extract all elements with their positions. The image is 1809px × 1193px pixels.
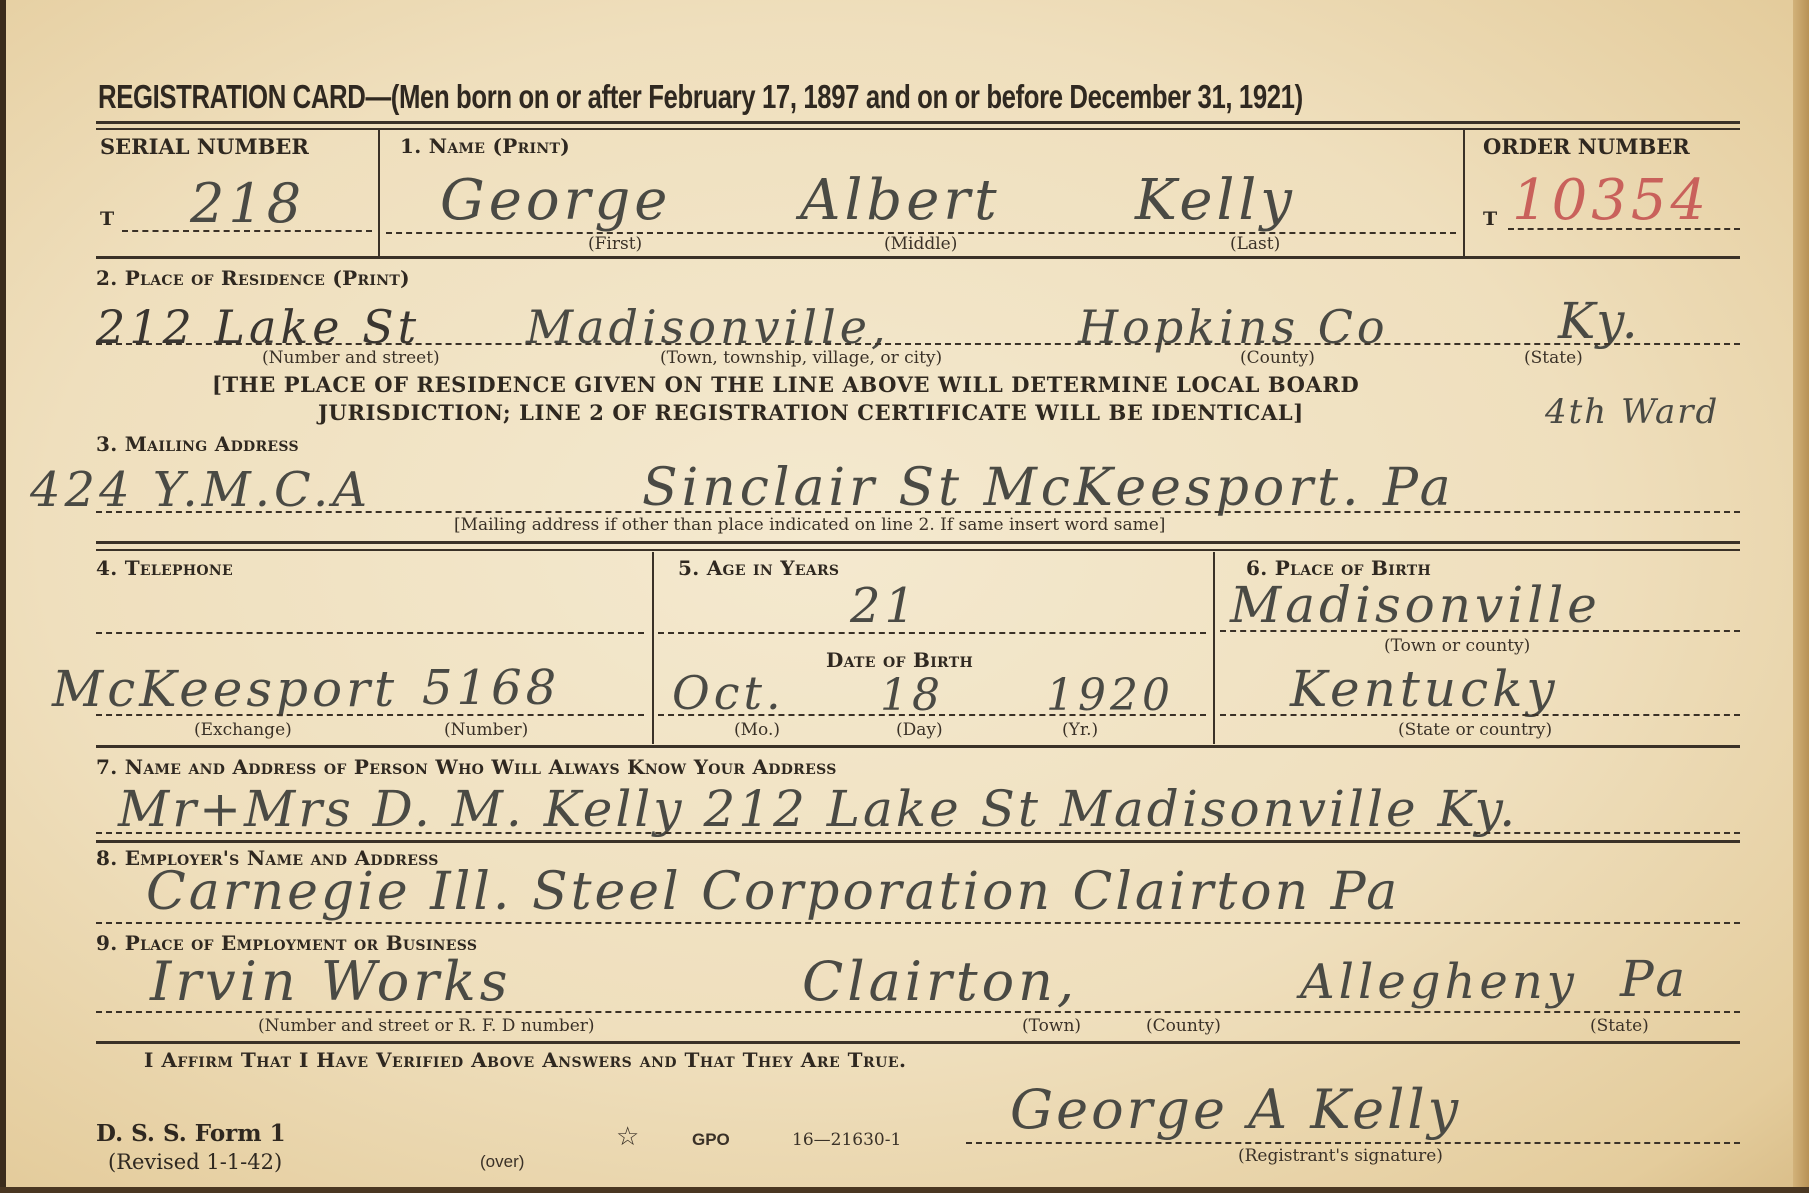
mailing-rule-2 <box>96 549 1740 551</box>
registrant-signature: George A Kelly <box>1010 1078 1461 1141</box>
contact-rule <box>96 840 1740 843</box>
telephone-exchange: McKeesport <box>52 660 398 718</box>
over-note: (over) <box>480 1152 524 1172</box>
row1-bottom-rule <box>96 256 1740 259</box>
employment-town: Clairton, <box>802 950 1078 1013</box>
employment-street-label: (Number and street or R. F. D number) <box>258 1016 595 1036</box>
form-number: D. S. S. Form 1 <box>96 1120 286 1147</box>
dob-line <box>658 714 1206 716</box>
name-first: George <box>440 168 671 233</box>
serial-label: SERIAL NUMBER <box>100 134 309 159</box>
employment-town-label: (Town) <box>1022 1016 1081 1036</box>
telephone-line-2 <box>96 714 644 716</box>
serial-divider <box>378 130 380 256</box>
dob-year-label: (Yr.) <box>1062 720 1098 740</box>
employment-county: Allegheny <box>1300 954 1578 1010</box>
contact-label: 7. Name and Address of Person Who Will A… <box>96 755 837 779</box>
dob-day-label: (Day) <box>896 720 943 740</box>
top-rule <box>96 121 1740 124</box>
residence-county: Hopkins Co <box>1078 300 1389 354</box>
birthplace-state-line <box>1220 714 1740 716</box>
card-edge-left <box>0 0 6 1193</box>
ward-note: 4th Ward <box>1545 392 1719 432</box>
employment-line <box>96 1011 1740 1013</box>
registration-card: REGISTRATION CARD—(Men born on or after … <box>0 0 1809 1193</box>
employment-state: Pa <box>1620 950 1689 1008</box>
residence-street-label: (Number and street) <box>262 348 440 368</box>
residence-state-label: (State) <box>1524 348 1583 368</box>
birthplace-town-label: (Town or county) <box>1384 636 1530 656</box>
employment-rule <box>96 1041 1740 1044</box>
serial-line <box>122 230 372 232</box>
card-edge-right <box>1793 0 1809 1193</box>
order-prefix: T <box>1483 208 1497 230</box>
gpo-mark: GPO <box>692 1130 730 1150</box>
name-middle-label: (Middle) <box>884 234 957 254</box>
mailing-value-right: Sinclair St McKeesport. Pa <box>642 458 1455 518</box>
telephone-line-1 <box>96 632 644 634</box>
residence-notice-2: JURISDICTION; LINE 2 OF REGISTRATION CER… <box>318 400 1304 425</box>
telephone-label: 4. Telephone <box>96 556 233 580</box>
employment-street: Irvin Works <box>150 950 511 1013</box>
residence-town-label: (Town, township, village, or city) <box>660 348 942 368</box>
signature-label: (Registrant's signature) <box>1238 1146 1443 1166</box>
age-value: 21 <box>850 578 919 634</box>
mailing-value-left: 424 Y.M.C.A <box>30 462 371 518</box>
residence-town: Madisonville, <box>526 300 890 354</box>
birthplace-state-label: (State or country) <box>1398 720 1552 740</box>
telephone-number: 5168 <box>422 660 560 716</box>
residence-county-label: (County) <box>1240 348 1315 368</box>
employment-county-label: (County) <box>1146 1016 1221 1036</box>
employment-state-label: (State) <box>1590 1016 1649 1036</box>
contact-line <box>96 832 1740 834</box>
age-label: 5. Age in Years <box>678 556 839 580</box>
print-code: 16—21630-1 <box>792 1130 901 1150</box>
row456-rule <box>96 745 1740 748</box>
dob-month: Oct. <box>672 666 785 720</box>
residence-label: 2. Place of Residence (Print) <box>96 266 410 290</box>
name-label: 1. Name (Print) <box>400 134 570 158</box>
serial-value: 218 <box>190 172 305 235</box>
telephone-divider <box>652 552 654 744</box>
serial-prefix: T <box>100 208 114 230</box>
order-label: ORDER NUMBER <box>1483 134 1690 159</box>
residence-line <box>96 343 1740 345</box>
card-edge-bottom <box>0 1187 1809 1193</box>
name-middle: Albert <box>800 168 1001 233</box>
residence-state: Ky. <box>1558 292 1642 350</box>
telephone-exchange-label: (Exchange) <box>194 720 292 740</box>
dob-month-label: (Mo.) <box>734 720 780 740</box>
contact-value: Mr+Mrs D. M. Kelly 212 Lake St Madisonvi… <box>118 780 1518 838</box>
birthplace-state: Kentucky <box>1290 660 1559 718</box>
residence-notice-1: [THE PLACE OF RESIDENCE GIVEN ON THE LIN… <box>212 372 1359 397</box>
top-rule-inner <box>96 128 1740 130</box>
employer-line <box>96 922 1740 924</box>
form-revised: (Revised 1-1-42) <box>108 1150 282 1174</box>
residence-street: 212 Lake St <box>96 300 420 354</box>
dob-label: Date of Birth <box>826 648 973 672</box>
order-divider <box>1463 130 1465 256</box>
name-first-label: (First) <box>588 234 642 254</box>
star-icon: ☆ <box>616 1122 639 1152</box>
age-line <box>658 632 1206 634</box>
age-divider <box>1213 552 1215 744</box>
telephone-number-label: (Number) <box>444 720 528 740</box>
mailing-line <box>96 511 1740 513</box>
affirm-statement: I Affirm That I Have Verified Above Answ… <box>144 1048 906 1072</box>
signature-line <box>966 1142 1740 1144</box>
name-last: Kelly <box>1135 168 1296 233</box>
birthplace-town-line <box>1220 630 1740 632</box>
name-last-label: (Last) <box>1230 234 1280 254</box>
mailing-label: 3. Mailing Address <box>96 432 299 456</box>
employer-value: Carnegie Ill. Steel Corporation Clairton… <box>146 862 1400 922</box>
order-line <box>1508 228 1740 230</box>
order-value: 10354 <box>1512 168 1710 233</box>
card-title: REGISTRATION CARD—(Men born on or after … <box>98 78 1303 116</box>
mailing-rule-1 <box>96 541 1740 544</box>
birthplace-town: Madisonville <box>1230 576 1601 634</box>
mailing-note: [Mailing address if other than place ind… <box>454 515 1165 535</box>
